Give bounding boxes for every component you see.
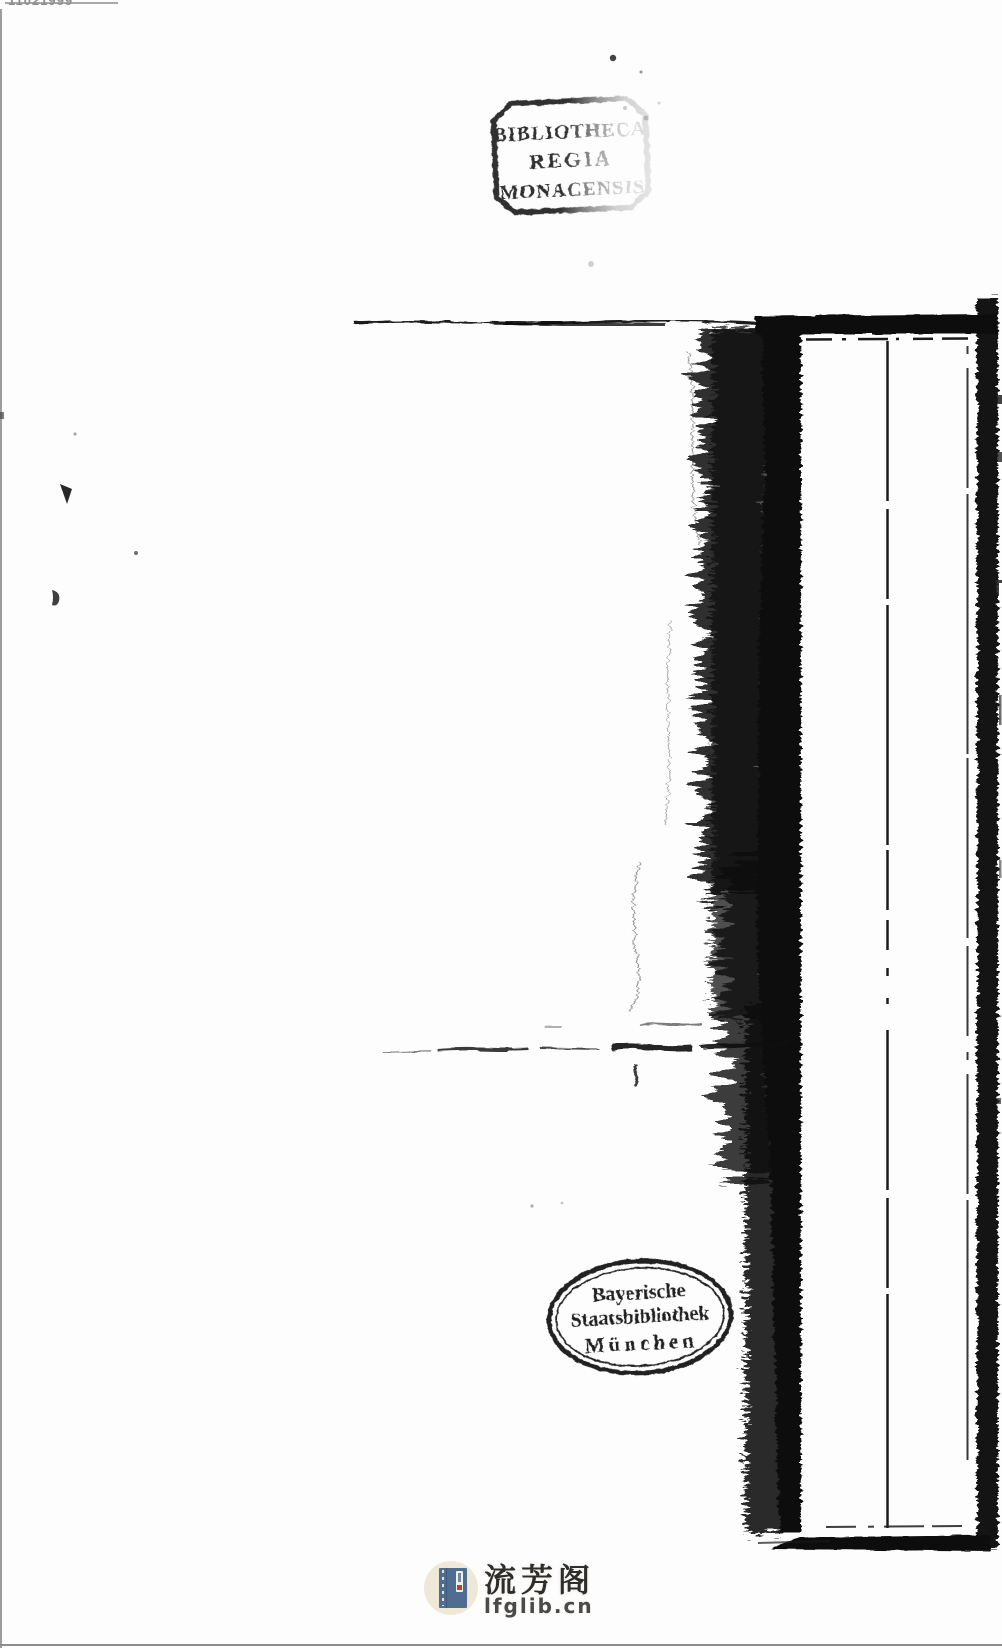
- watermark-site-url: lfglib.cn: [484, 1596, 595, 1617]
- top-rule-line: [353, 321, 768, 325]
- watermark-logo-circle: [424, 1561, 478, 1615]
- book-title-label: [456, 1571, 463, 1592]
- book-stitches: [442, 1570, 444, 1606]
- red-seal: [457, 1585, 462, 1590]
- oval-stamp-line: München: [584, 1328, 698, 1358]
- dust-specks: [0, 55, 1002, 1208]
- oval-stamp-line: Bayerische: [592, 1280, 686, 1307]
- oval-stamp-line: Staatsbibliothek: [570, 1302, 711, 1331]
- watermark-site-name: 流芳阁: [484, 1563, 595, 1597]
- scan-artifacts: [0, 0, 1002, 1648]
- site-watermark: 流芳阁 lfglib.cn: [424, 1561, 595, 1621]
- scanned-page: 11021999 BIBLIOTHECA REGIA MONACENSIS: [0, 0, 1002, 1648]
- library-stamp-oval: Bayerische Staatsbibliothek München: [541, 1252, 739, 1382]
- stitched-book-icon: [439, 1568, 467, 1608]
